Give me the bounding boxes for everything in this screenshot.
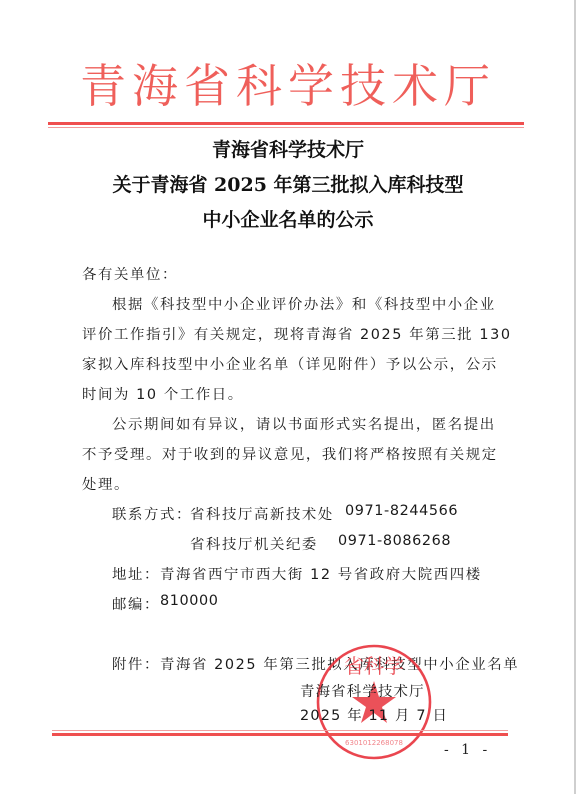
address-value: 青海省西宁市西大街 12 号省政府大院西四楼 bbox=[160, 563, 482, 584]
contact-label: 联系方式： bbox=[112, 503, 192, 524]
contact-phone-2: 0971-8086268 bbox=[338, 533, 451, 549]
para1-line2: 评价工作指引》有关规定，现将青海省 2025 年第三批 130 bbox=[82, 323, 512, 344]
official-seal-icon: 省科学 6301012268078 bbox=[315, 643, 433, 761]
doc-title-line3: 中小企业名单的公示 bbox=[0, 203, 576, 237]
page-number: - 1 - bbox=[444, 742, 491, 758]
para1-line1: 根据《科技型中小企业评价办法》和《科技型中小企业 bbox=[112, 293, 496, 314]
doc-title-line1: 青海省科学技术厅 bbox=[0, 133, 576, 167]
contact-dept-2: 省科技厅机关纪委 bbox=[190, 533, 318, 554]
postcode-label: 邮编： bbox=[112, 593, 160, 614]
salutation: 各有关单位： bbox=[82, 263, 178, 284]
doc-title-line2: 关于青海省 2025 年第三批拟入库科技型 bbox=[0, 168, 576, 202]
svg-text:省科学: 省科学 bbox=[344, 654, 404, 678]
contact-dept-1: 省科技厅高新技术处 bbox=[190, 503, 334, 524]
signature-date: 2025 年 11 月 7 日 bbox=[300, 704, 448, 725]
address-label: 地址： bbox=[112, 563, 160, 584]
para1-line4: 时间为 10 个工作日。 bbox=[82, 383, 244, 404]
para2-line3: 处理。 bbox=[82, 473, 130, 494]
para1-line3: 家拟入库科技型中小企业名单（详见附件）予以公示，公示 bbox=[82, 353, 498, 374]
attachment-label: 附件： bbox=[112, 653, 160, 674]
para2-line1: 公示期间如有异议，请以书面形式实名提出，匿名提出 bbox=[112, 413, 496, 434]
postcode-value: 810000 bbox=[160, 593, 219, 609]
header-divider bbox=[48, 122, 524, 128]
contact-phone-1: 0971-8244566 bbox=[345, 503, 458, 519]
footer-divider bbox=[52, 730, 508, 736]
signature-org: 青海省科学技术厅 bbox=[300, 680, 425, 701]
masthead-title: 青海省科学技术厅 bbox=[0, 56, 576, 116]
para2-line2: 不予受理。对于收到的异议意见，我们将严格按照有关规定 bbox=[82, 443, 498, 464]
svg-text:6301012268078: 6301012268078 bbox=[345, 739, 403, 747]
